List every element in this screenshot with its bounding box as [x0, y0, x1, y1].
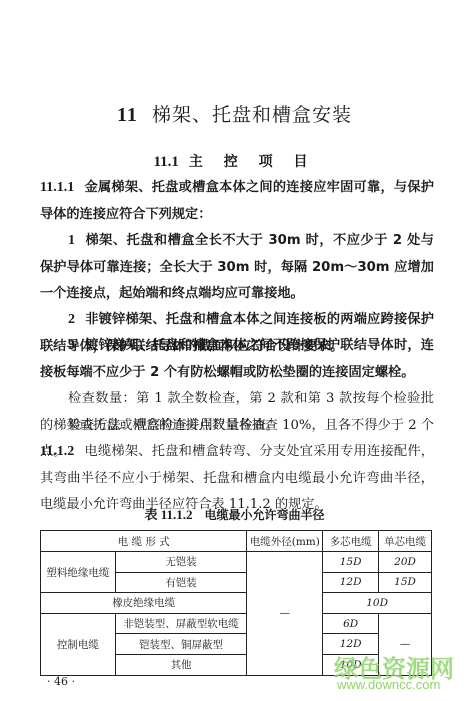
chapter-title-text: 梯架、托盘和槽盒安装	[152, 104, 352, 126]
group-control: 控制电缆	[41, 613, 116, 675]
watermark-url: www.downcc.com	[337, 677, 440, 692]
clause-number: 11.1.2	[40, 444, 74, 459]
item-text: 镀锌梯架、托盘和槽盒本体之间不跨接保护联结导体时，连接板每端不应少于 2 个有防…	[40, 338, 434, 380]
single-core-cell: 20D	[379, 552, 432, 573]
check-method: 检查方法：观察检查并用尺量检查。	[40, 413, 434, 440]
multi-core-cell: 12D	[323, 572, 379, 593]
item-number: 3	[68, 338, 75, 353]
clause-item-1: 1梯架、托盘和槽盒全长不大于 30m 时，不应少于 2 处与保护导体可靠连接；全…	[40, 228, 434, 308]
header-cable-type: 电 缆 形 式	[41, 531, 247, 552]
item-text: 梯架、托盘和槽盒全长不大于 30m 时，不应少于 2 处与保护导体可靠连接；全长…	[40, 233, 434, 301]
subtype-cell: 其他	[115, 654, 247, 675]
clause-item-3: 3镀锌梯架、托盘和槽盒本体之间不跨接保护联结导体时，连接板每端不应少于 2 个有…	[40, 333, 434, 386]
group-rubber: 橡皮绝缘电缆	[41, 593, 247, 614]
section-number: 11.1	[153, 154, 178, 170]
item-number: 2	[68, 312, 75, 327]
header-single-core: 单芯电缆	[379, 531, 432, 552]
multi-core-cell: 15D	[323, 552, 379, 573]
header-diameter: 电缆外径(mm)	[247, 531, 323, 552]
subtype-cell: 无铠装	[115, 552, 247, 573]
clause-11-1-1: 11.1.1金属梯架、托盘或槽盒本体之间的连接应牢固可靠，与保护导体的连接应符合…	[40, 175, 434, 228]
chapter-number: 11	[117, 104, 138, 126]
subtype-cell: 非铠装型、屏蔽型软电缆	[115, 613, 247, 634]
subtype-cell: 铠装型、铜屏蔽型	[115, 634, 247, 655]
document-page: 11梯架、托盘和槽盒安装 11.1主 控 项 目 11.1.1金属梯架、托盘或槽…	[0, 0, 469, 701]
merged-value-cell: 10D	[323, 593, 432, 614]
page-number: · 46 ·	[47, 675, 75, 688]
group-plastic: 塑料绝缘电缆	[41, 552, 116, 593]
subtype-cell: 有铠装	[115, 572, 247, 593]
clause-number: 11.1.1	[40, 180, 74, 195]
table-row: 控制电缆 非铠装型、屏蔽型软电缆 6D —	[41, 613, 432, 634]
section-title: 11.1主 控 项 目	[0, 151, 469, 171]
single-core-cell: 15D	[379, 572, 432, 593]
section-title-text: 主 控 项 目	[189, 154, 316, 170]
table-caption: 表 11.1.2电缆最小允许弯曲半径	[0, 504, 469, 523]
table-title-text: 电缆最小允许弯曲半径	[205, 508, 325, 522]
table-row: 塑料绝缘电缆 无铠装 — 15D 20D	[41, 552, 432, 573]
clause-text: 电缆梯架、托盘和槽盒转弯、分支处宜采用专用连接配件，其弯曲半径不应小于梯架、托盘…	[40, 444, 434, 512]
item-number: 1	[68, 233, 75, 248]
table-header-row: 电 缆 形 式 电缆外径(mm) 多芯电缆 单芯电缆	[41, 531, 432, 552]
table-number: 表 11.1.2	[144, 507, 192, 522]
diameter-cell: —	[247, 552, 323, 676]
chapter-title: 11梯架、托盘和槽盒安装	[0, 100, 469, 127]
clause-text: 金属梯架、托盘或槽盒本体之间的连接应牢固可靠，与保护导体的连接应符合下列规定：	[40, 180, 434, 222]
header-multi-core: 多芯电缆	[323, 531, 379, 552]
multi-core-cell: 6D	[323, 613, 379, 634]
table-row: 橡皮绝缘电缆 10D	[41, 593, 432, 614]
